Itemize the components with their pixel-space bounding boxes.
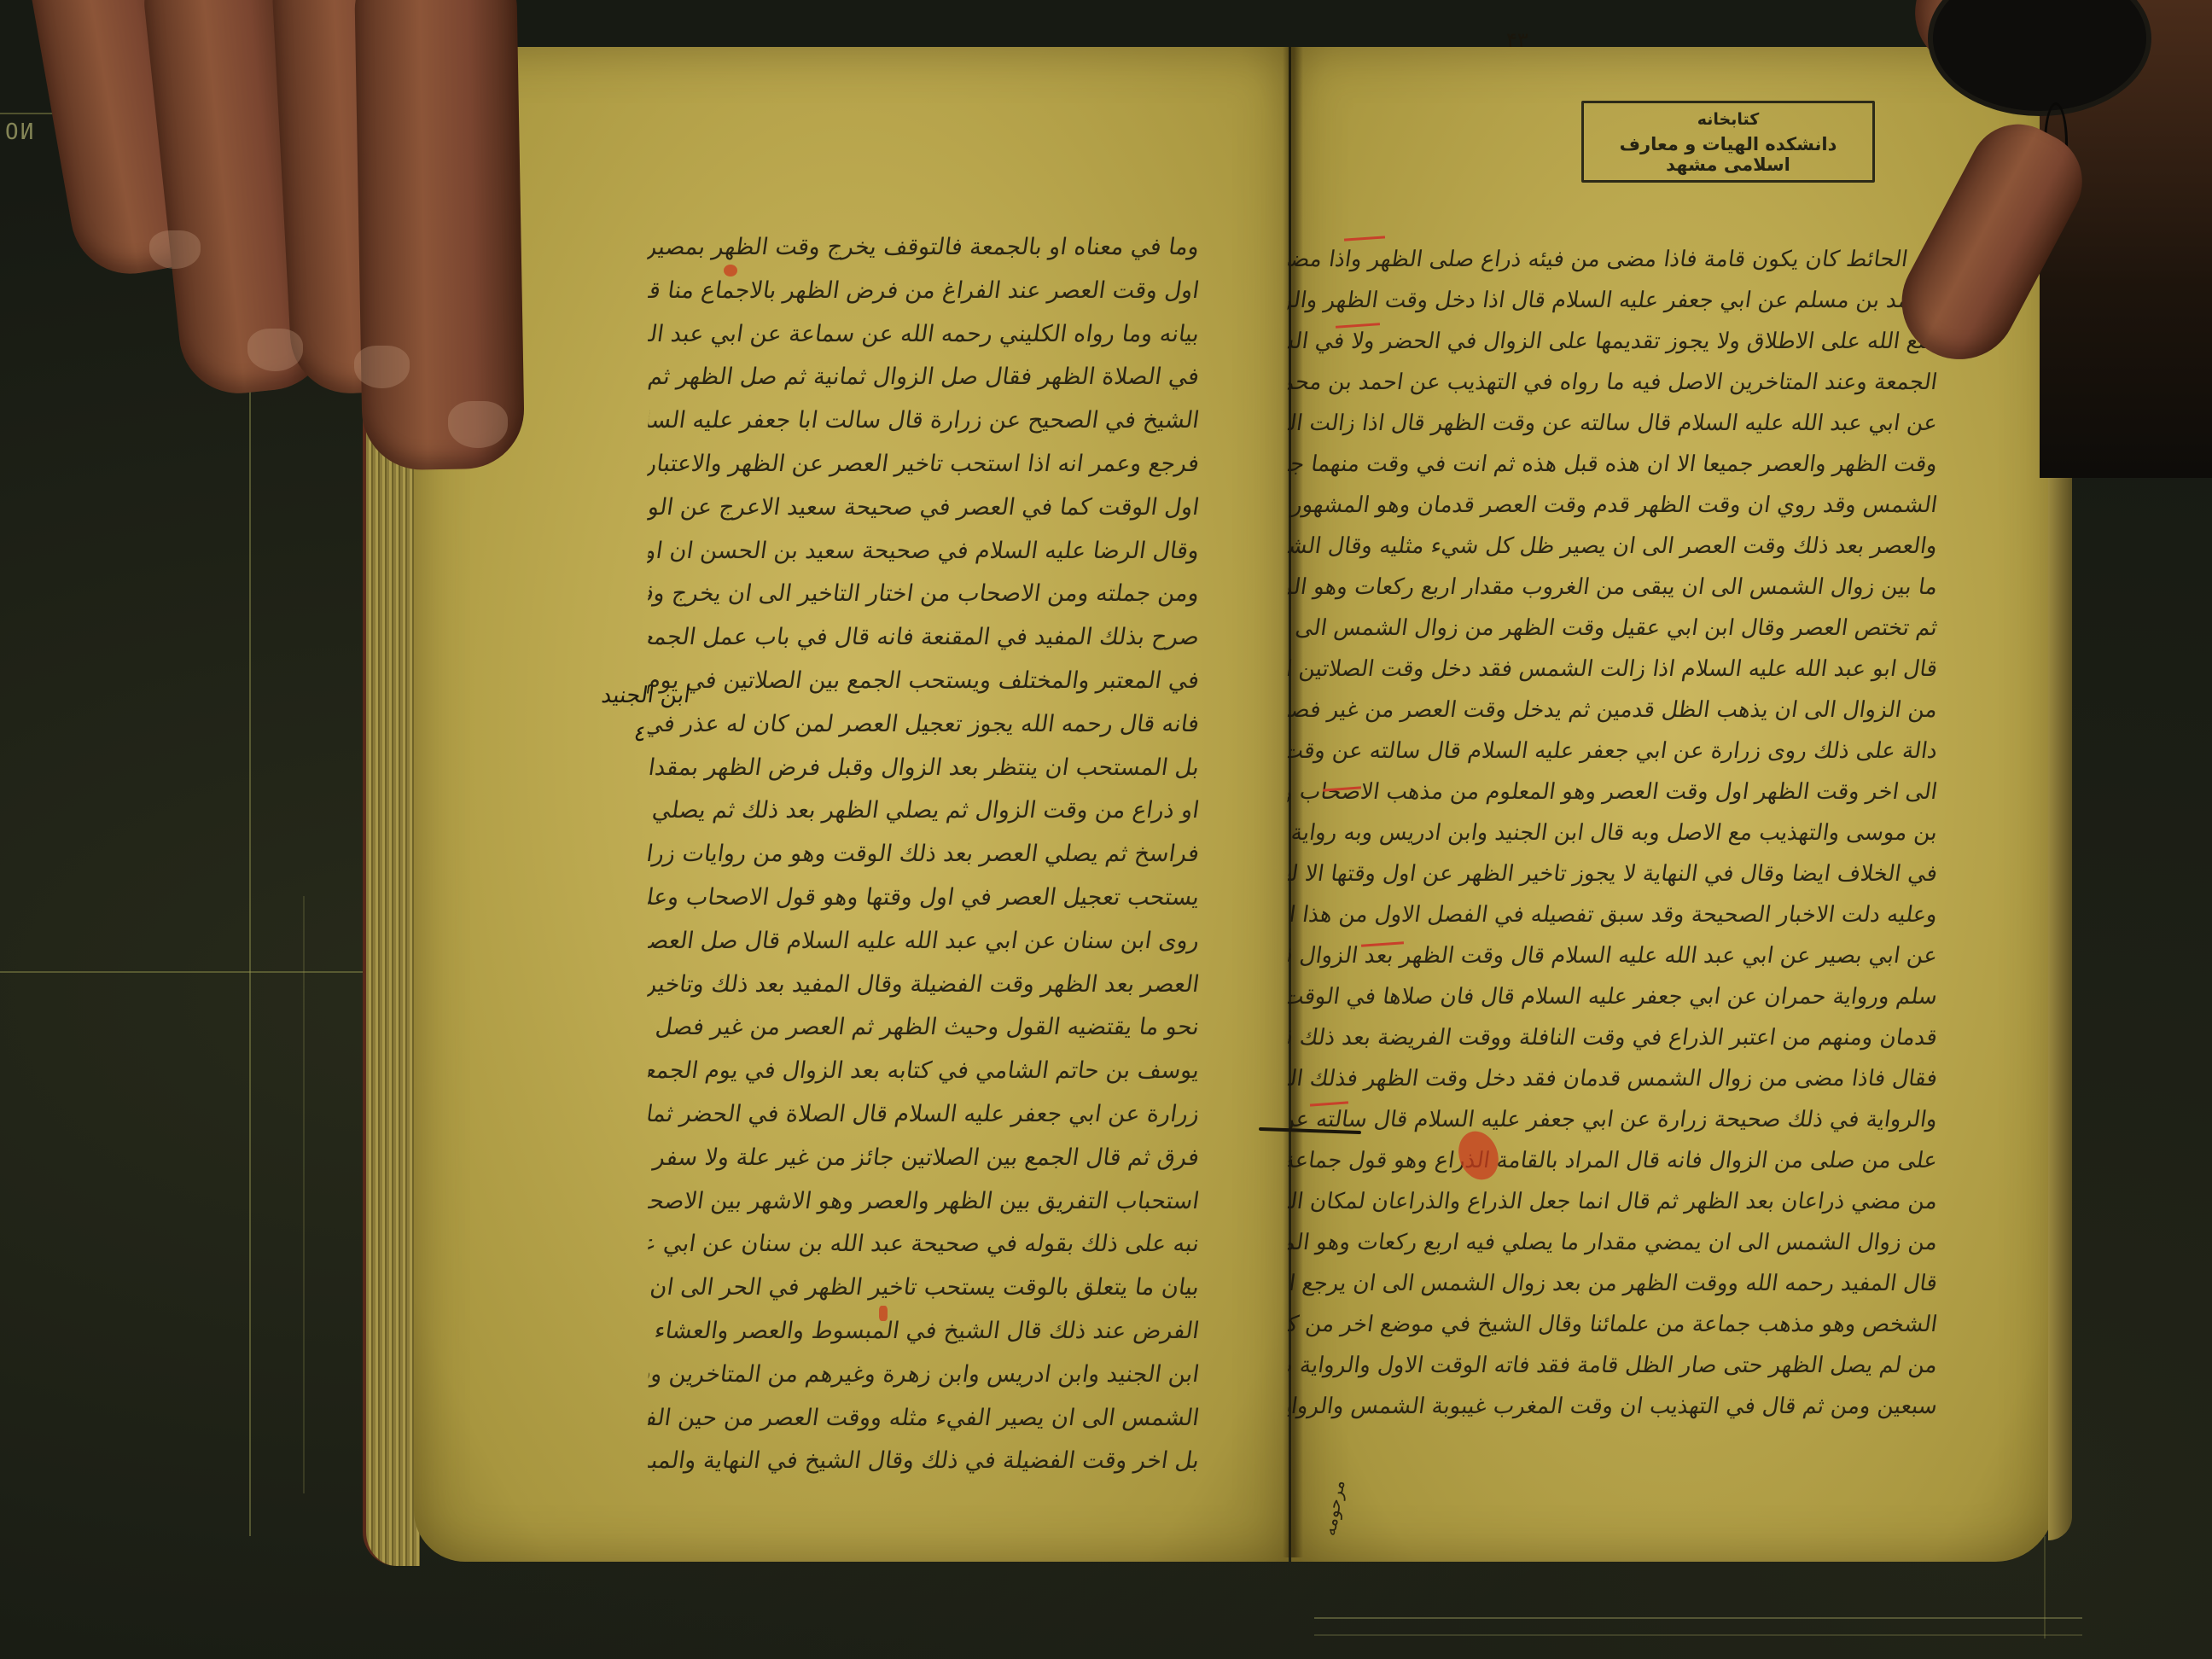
text-line: الجمعة وعند المتاخرين الاصل فيه ما رواه … bbox=[1286, 362, 1941, 403]
text-line: الشخص وهو مذهب جماعة من علمائنا وقال الش… bbox=[1286, 1304, 1941, 1345]
finger bbox=[354, 0, 525, 471]
text-line: فرق ثم قال الجمع بين الصلاتين جائز من غي… bbox=[645, 1137, 1202, 1180]
mat-grid-line bbox=[249, 256, 251, 1536]
mat-ruler-marks bbox=[1314, 1617, 2082, 1631]
text-line: الى اخر وقت الظهر اول وقت العصر وهو المع… bbox=[1286, 771, 1941, 812]
text-line: نحو ما يقتضيه القول وحيث الظهر ثم العصر … bbox=[645, 1006, 1202, 1050]
text-line: استحباب التفريق بين الظهر والعصر وهو الا… bbox=[645, 1180, 1202, 1224]
text-line: فانه قال رحمه الله يجوز تعجيل العصر لمن … bbox=[645, 703, 1202, 747]
text-line: بل المستحب ان ينتظر بعد الزوال وقبل فرض … bbox=[645, 747, 1202, 790]
text-line: الشيخ في الصحيح عن زرارة قال سالت ابا جع… bbox=[645, 399, 1202, 443]
text-line: الشمس وقد روي ان وقت الظهر قدم وقت العصر… bbox=[1286, 485, 1941, 526]
text-line: عن ابي بصير عن ابي عبد الله عليه السلام … bbox=[1286, 935, 1941, 976]
text-line: من زوال الشمس الى ان يمضي مقدار ما يصلي … bbox=[1286, 1222, 1941, 1263]
text-line: فراسخ ثم يصلي العصر بعد ذلك الوقت وهو من… bbox=[645, 833, 1202, 876]
text-line: صرح بذلك المفيد في المقنعة فانه قال في ب… bbox=[645, 616, 1202, 660]
margin-note: ابن الجنيد bbox=[600, 683, 692, 708]
text-line: دالة على ذلك روى زرارة عن ابي جعفر عليه … bbox=[1286, 731, 1941, 771]
stamp-line-1: کتابخانه bbox=[1584, 110, 1872, 129]
library-stamp: کتابخانه دانشکده الهیات و معارف اسلامی م… bbox=[1581, 101, 1875, 183]
text-line: على من صلى من الزوال فانه قال المراد بال… bbox=[1286, 1140, 1941, 1181]
text-line: منع الله على الاطلاق ولا يجوز تقديمها عل… bbox=[1286, 321, 1941, 362]
text-line: في المعتبر والمختلف ويستحب الجمع بين الص… bbox=[645, 660, 1202, 703]
text-line: ابن الجنيد وابن ادريس وابن زهرة وغيرهم م… bbox=[645, 1353, 1202, 1397]
text-line: في الصلاة الظهر فقال صل الزوال ثمانية ثم… bbox=[645, 356, 1202, 399]
folio-number: ۴۳ bbox=[1506, 28, 1528, 52]
text-line: بيان ما يتعلق بالوقت يستحب تاخير الظهر ف… bbox=[645, 1266, 1202, 1310]
text-line: من لم يصل الظهر حتى صار الظل قامة فقد فا… bbox=[1286, 1345, 1941, 1386]
text-line: او ذراع من وقت الزوال ثم يصلي الظهر بعد … bbox=[645, 789, 1202, 833]
text-line: بل اخر وقت الفضيلة في ذلك وقال الشيخ في … bbox=[645, 1440, 1202, 1483]
text-line: ثم تختص العصر وقال ابن ابي عقيل وقت الظه… bbox=[1286, 608, 1941, 649]
text-line: بيانه وما رواه الكليني رحمه الله عن سماع… bbox=[645, 313, 1202, 357]
text-line: والعصر بعد ذلك وقت العصر الى ان يصير ظل … bbox=[1286, 526, 1941, 567]
text-line: ما بين زوال الشمس الى ان يبقى من الغروب … bbox=[1286, 567, 1941, 608]
mat-grid-line bbox=[0, 971, 384, 973]
text-line: عن ابي عبد الله عليه السلام قال سالته عن… bbox=[1286, 403, 1941, 444]
fingernail bbox=[354, 346, 410, 388]
text-line: العصر بعد الظهر وقت الفضيلة وقال المفيد … bbox=[645, 963, 1202, 1007]
text-line: سبعين ومن ثم قال في التهذيب ان وقت المغر… bbox=[1286, 1386, 1941, 1427]
text-line: سلم ورواية حمران عن ابي جعفر عليه السلام… bbox=[1286, 976, 1941, 1017]
text-line: الفرض عند ذلك قال الشيخ في المبسوط والعص… bbox=[645, 1310, 1202, 1353]
mat-ruler-marks bbox=[1314, 1634, 2082, 1648]
text-line: من الزوال الى ان يذهب الظل قدمين ثم يدخل… bbox=[1286, 690, 1941, 731]
text-line: قدمان ومنهم من اعتبر الذراع في وقت الناف… bbox=[1286, 1017, 1941, 1058]
text-line: وقت الظهر والعصر جميعا الا ان هذه قبل هذ… bbox=[1286, 444, 1941, 485]
text-line: زرارة عن ابي جعفر عليه السلام قال الصلاة… bbox=[645, 1093, 1202, 1137]
text-line: روى ابن سنان عن ابي عبد الله عليه السلام… bbox=[645, 920, 1202, 963]
mat-printed-label: NO bbox=[3, 119, 33, 145]
text-line: ومن جملته ومن الاصحاب من اختار التاخير ا… bbox=[645, 573, 1202, 616]
left-page-text: وما في معناه او بالجمعة فالتوقف يخرج وقت… bbox=[649, 226, 1199, 1483]
text-line: الشمس الى ان يصير الفيء مثله ووقت العصر … bbox=[645, 1397, 1202, 1441]
red-rubric-mark bbox=[879, 1306, 888, 1321]
text-line: وعليه دلت الاخبار الصحيحة وقد سبق تفصيله… bbox=[1286, 894, 1941, 935]
right-page-text: ان الحائط كان يكون قامة فاذا مضى من فيئه… bbox=[1289, 239, 1937, 1427]
fingernail bbox=[247, 329, 303, 371]
text-line: قال المفيد رحمه الله ووقت الظهر من بعد ز… bbox=[1286, 1263, 1941, 1304]
text-line: نبه على ذلك بقوله في صحيحة عبد الله بن س… bbox=[645, 1223, 1202, 1266]
text-line: فرجع وعمر انه اذا استحب تاخير العصر عن ا… bbox=[645, 443, 1202, 486]
text-line: في الخلاف ايضا وقال في النهاية لا يجوز ت… bbox=[1286, 853, 1941, 894]
text-line: وقال الرضا عليه السلام في صحيحة سعيد بن … bbox=[645, 530, 1202, 573]
stamp-line-2: دانشکده الهیات و معارف اسلامی مشهد bbox=[1584, 134, 1872, 175]
text-line: اول الوقت كما في العصر في صحيحة سعيد الا… bbox=[645, 486, 1202, 530]
open-manuscript: وما في معناه او بالجمعة فالتوقف يخرج وقت… bbox=[363, 47, 2061, 1609]
red-rubric-mark bbox=[724, 265, 737, 276]
text-line: فقال فاذا مضى من زوال الشمس قدمان فقد دخ… bbox=[1286, 1058, 1941, 1099]
text-line: ان الحائط كان يكون قامة فاذا مضى من فيئه… bbox=[1286, 239, 1941, 280]
text-line: يوسف بن حاتم الشامي في كتابه بعد الزوال … bbox=[645, 1050, 1202, 1093]
text-line: وما في معناه او بالجمعة فالتوقف يخرج وقت… bbox=[645, 226, 1202, 270]
text-line: محمد بن مسلم عن ابي جعفر عليه السلام قال… bbox=[1286, 280, 1941, 321]
fingernail bbox=[149, 230, 201, 269]
text-line: قال ابو عبد الله عليه السلام اذا زالت ال… bbox=[1286, 649, 1941, 690]
text-line: بن موسى والتهذيب مع الاصل وبه قال ابن ال… bbox=[1286, 812, 1941, 853]
fingernail bbox=[448, 401, 508, 448]
text-line: يستحب تعجيل العصر في اول وقتها وهو قول ا… bbox=[645, 876, 1202, 920]
text-line: والرواية في ذلك صحيحة زرارة عن ابي جعفر … bbox=[1286, 1099, 1941, 1140]
mat-grid-line bbox=[303, 896, 305, 1493]
text-line: من مضي ذراعان بعد الظهر ثم قال انما جعل … bbox=[1286, 1181, 1941, 1222]
